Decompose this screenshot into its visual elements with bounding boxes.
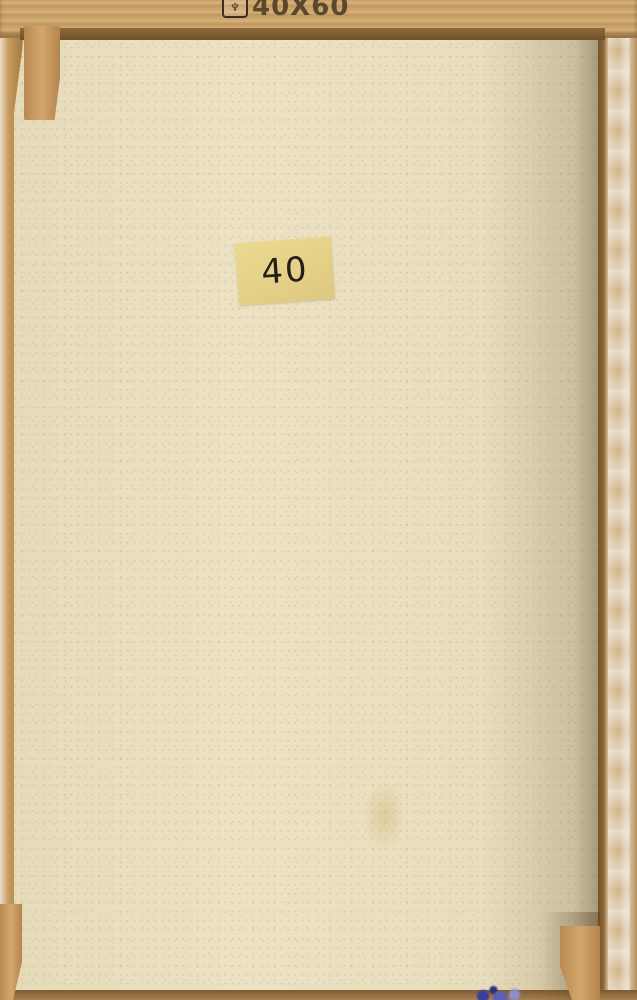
frame-top-inner-edge: [20, 28, 605, 40]
tape-label-text: 40: [260, 249, 310, 292]
canvas-surface: [14, 36, 598, 991]
blue-paint-splatter: [462, 978, 532, 1000]
brand-logo-icon: ♆: [222, 0, 248, 18]
corner-key-top-left: [24, 26, 60, 120]
canvas-back-photo: ♆ 40X60 40: [0, 0, 637, 1000]
size-stamp-text: 40X60: [252, 0, 349, 20]
frame-stamp: ♆ 40X60: [222, 0, 349, 20]
masking-tape-label: 40: [235, 237, 335, 306]
gesso-drips: [608, 30, 630, 990]
